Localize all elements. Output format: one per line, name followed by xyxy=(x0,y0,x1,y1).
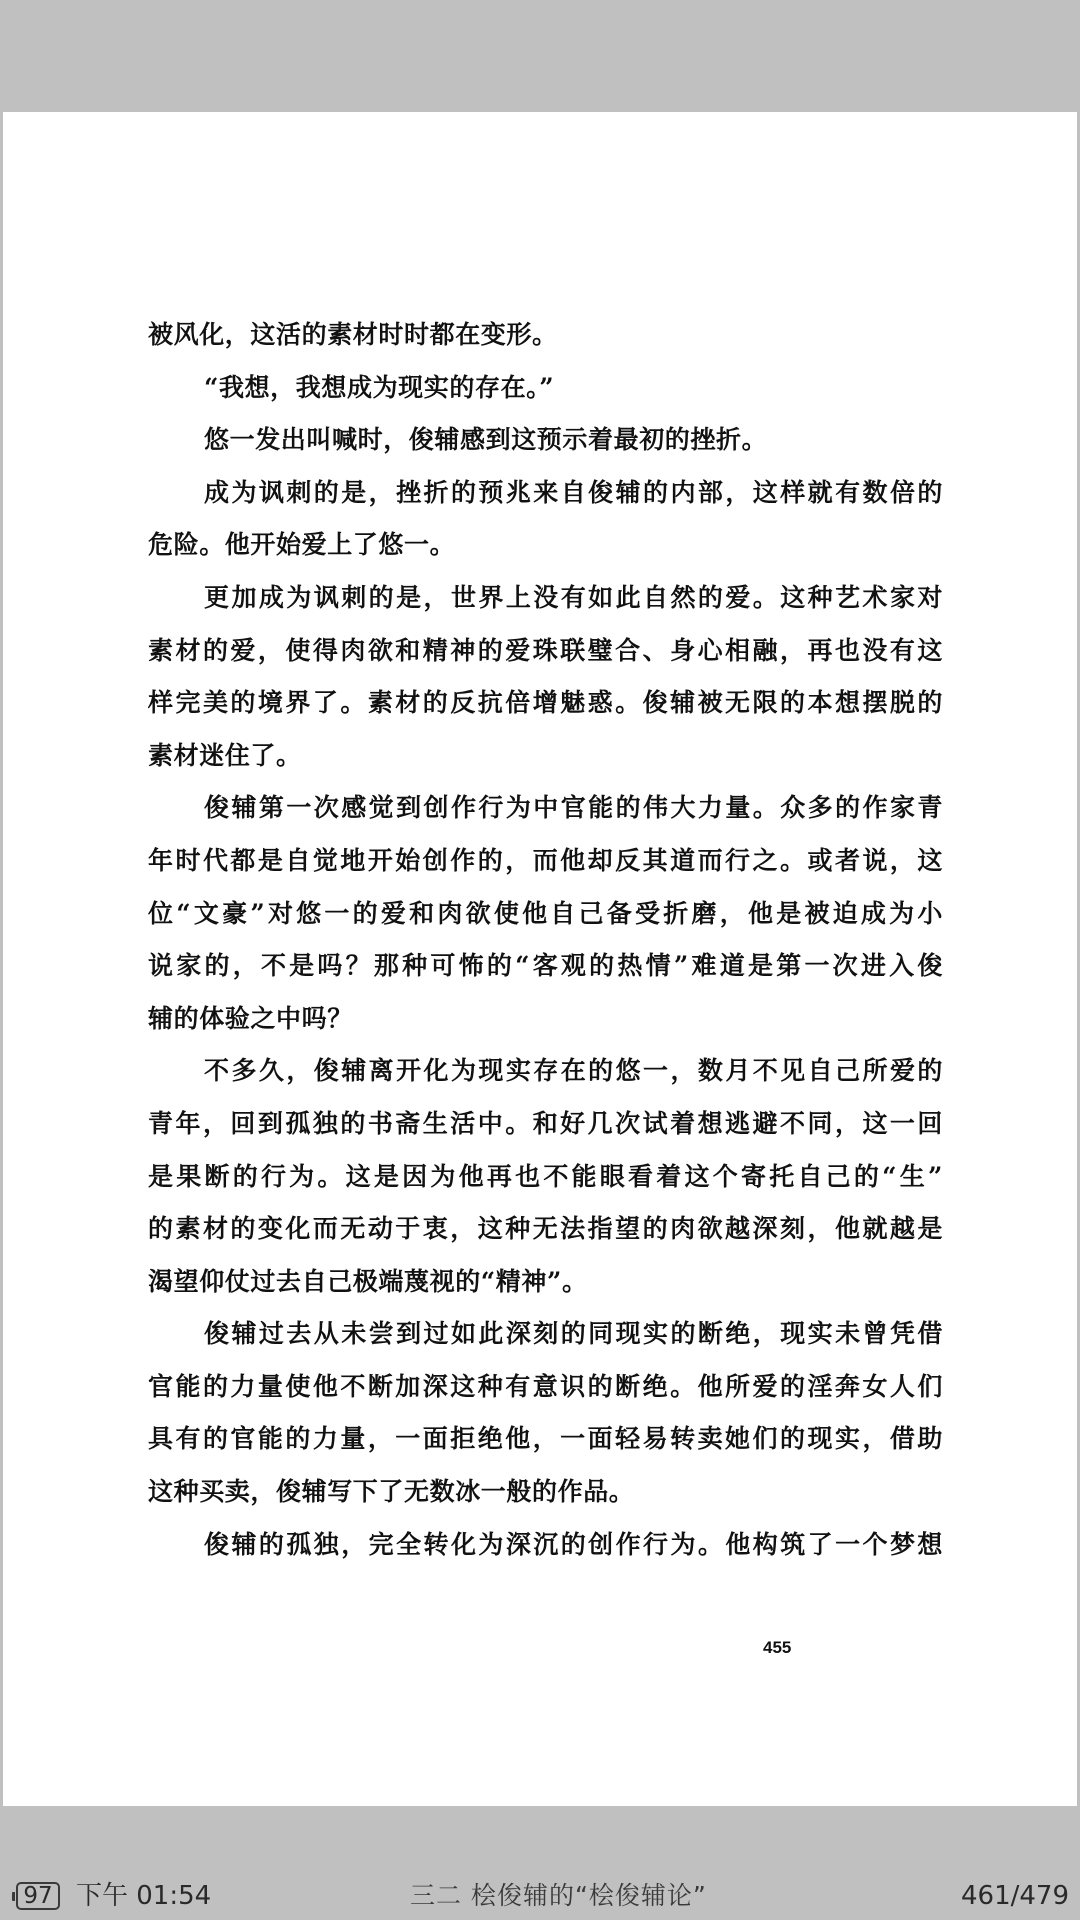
text-line: 渴望仰仗过去自己极端蔑视的“精神”。 xyxy=(148,1256,943,1309)
page-progress: 461/479 xyxy=(961,1878,1069,1914)
text-line: “我想，我想成为现实的存在。” xyxy=(148,362,943,415)
battery-icon: 97 xyxy=(16,1882,60,1910)
text-line: 具有的官能的力量，一面拒绝他，一面轻易转卖她们的现实，借助 xyxy=(148,1413,943,1466)
clock-time: 下午 01:54 xyxy=(76,1878,211,1914)
text-line: 的素材的变化而无动于衷，这种无法指望的肉欲越深刻，他就越是 xyxy=(148,1203,943,1256)
page-text-block: 被风化，这活的素材时时都在变形。 “我想，我想成为现实的存在。” 悠一发出叫喊时… xyxy=(148,309,943,1571)
text-line: 素材的爱，使得肉欲和精神的爱珠联璧合、身心相融，再也没有这 xyxy=(148,625,943,678)
text-line: 悠一发出叫喊时，俊辅感到这预示着最初的挫折。 xyxy=(148,414,943,467)
page-number: 455 xyxy=(763,1638,791,1658)
text-line: 危险。他开始爱上了悠一。 xyxy=(148,519,943,572)
text-line: 俊辅的孤独，完全转化为深沉的创作行为。他构筑了一个梦想 xyxy=(148,1519,943,1572)
text-line: 俊辅第一次感觉到创作行为中官能的伟大力量。众多的作家青 xyxy=(148,782,943,835)
text-line: 官能的力量使他不断加深这种有意识的断绝。他所爱的淫奔女人们 xyxy=(148,1361,943,1414)
text-line: 是果断的行为。这是因为他再也不能眼看着这个寄托自己的“生” xyxy=(148,1151,943,1204)
text-line: 素材迷住了。 xyxy=(148,730,943,783)
text-line: 成为讽刺的是，挫折的预兆来自俊辅的内部，这样就有数倍的 xyxy=(148,467,943,520)
text-line: 辅的体验之中吗？ xyxy=(148,993,943,1046)
text-line: 样完美的境界了。素材的反抗倍增魅惑。俊辅被无限的本想摆脱的 xyxy=(148,677,943,730)
text-line: 更加成为讽刺的是，世界上没有如此自然的爱。这种艺术家对 xyxy=(148,572,943,625)
text-line: 年时代都是自觉地开始创作的，而他却反其道而行之。或者说，这 xyxy=(148,835,943,888)
text-line: 位“文豪”对悠一的爱和肉欲使他自己备受折磨，他是被迫成为小 xyxy=(148,888,943,941)
text-line: 不多久，俊辅离开化为现实存在的悠一，数月不见自己所爱的 xyxy=(148,1045,943,1098)
reader-status-bar: 97 下午 01:54 三二 桧俊辅的“桧俊辅论” 461/479 xyxy=(0,1878,1080,1918)
chapter-title: 三二 桧俊辅的“桧俊辅论” xyxy=(410,1878,707,1914)
text-line: 被风化，这活的素材时时都在变形。 xyxy=(148,309,943,362)
text-line: 这种买卖，俊辅写下了无数冰一般的作品。 xyxy=(148,1466,943,1519)
text-line: 青年，回到孤独的书斋生活中。和好几次试着想逃避不同，这一回 xyxy=(148,1098,943,1151)
text-line: 俊辅过去从未尝到过如此深刻的同现实的断绝，现实未曾凭借 xyxy=(148,1308,943,1361)
book-page[interactable]: 被风化，这活的素材时时都在变形。 “我想，我想成为现实的存在。” 悠一发出叫喊时… xyxy=(3,112,1077,1806)
text-line: 说家的，不是吗？那种可怖的“客观的热情”难道是第一次进入俊 xyxy=(148,940,943,993)
